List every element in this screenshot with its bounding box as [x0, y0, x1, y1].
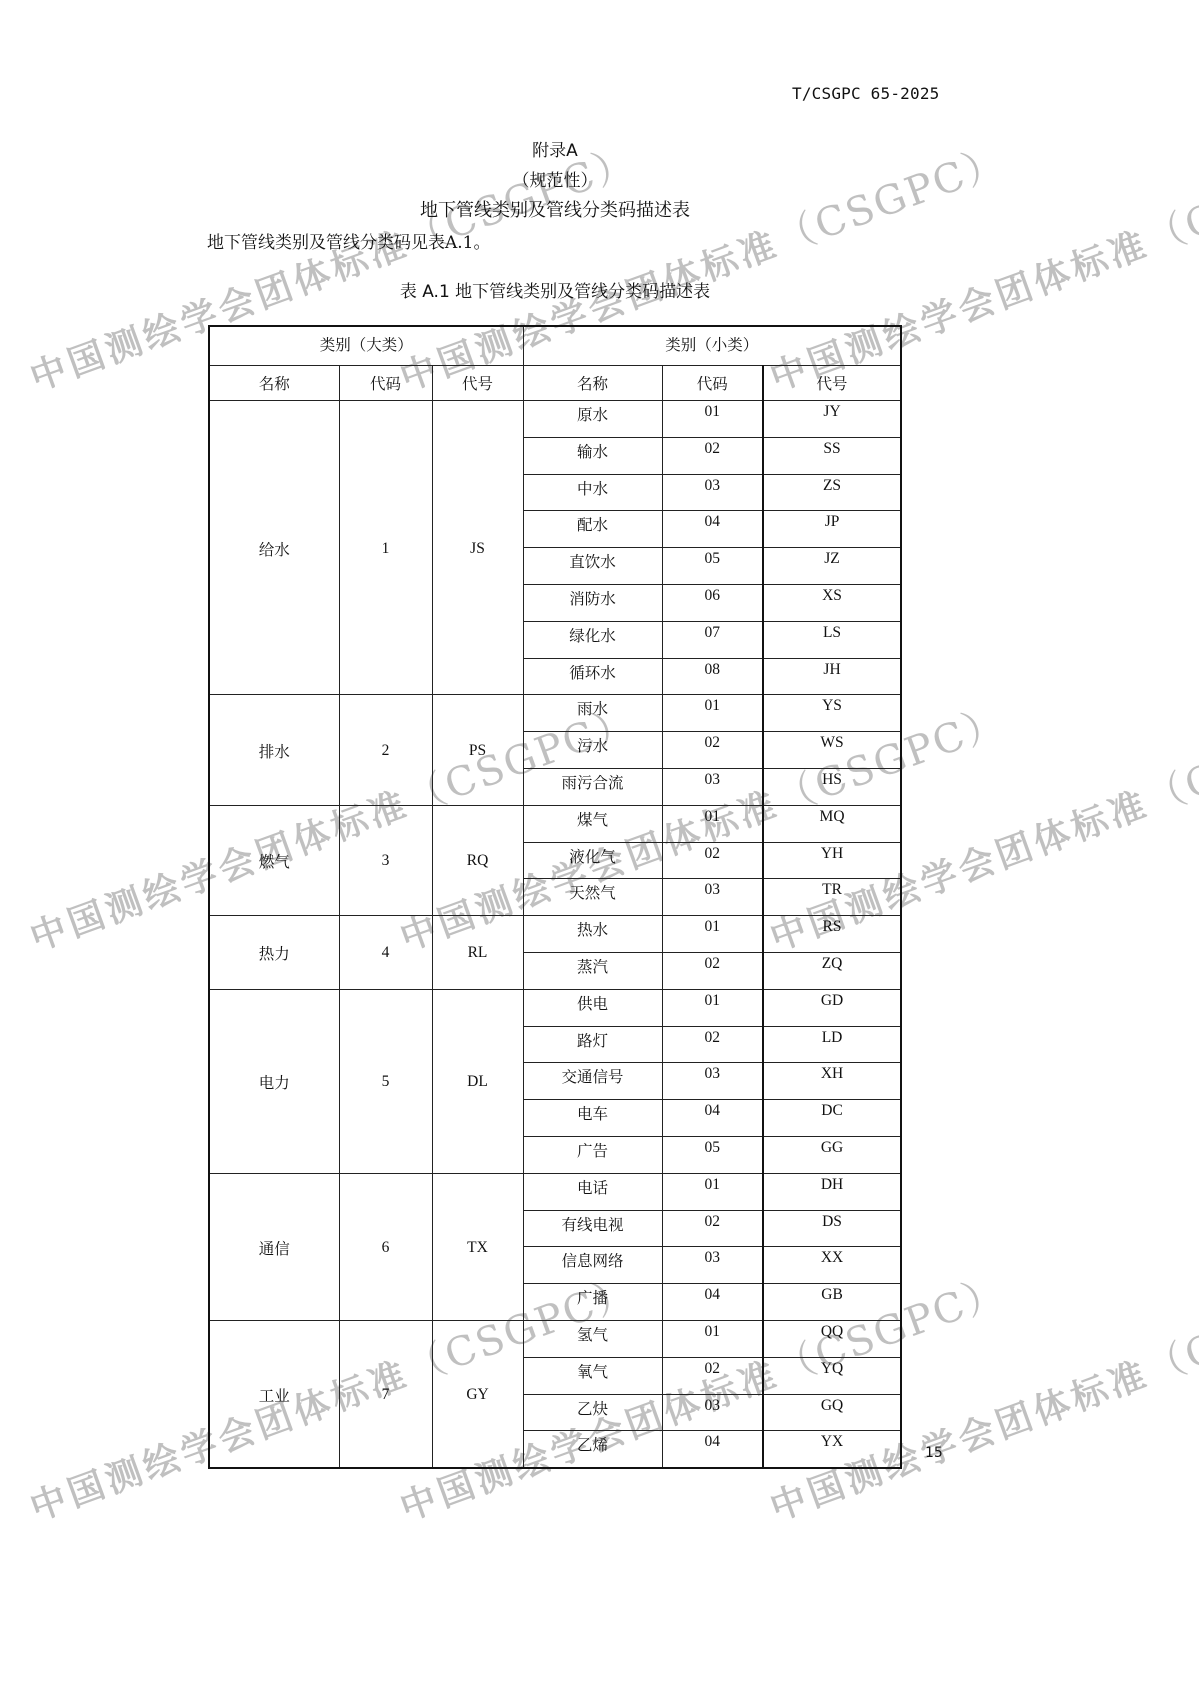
major-category-name: 燃气	[209, 805, 339, 915]
sub-category-name: 输水	[523, 437, 662, 474]
sub-category-abbr: DC	[763, 1100, 901, 1137]
table-caption: 表 A.1 地下管线类别及管线分类码描述表	[0, 277, 1110, 302]
sub-category-name: 热水	[523, 916, 662, 953]
sub-category-abbr: JZ	[763, 548, 901, 585]
sub-category-code: 07	[662, 621, 763, 658]
pipeline-classification-table: 类别（大类） 类别（小类） 名称 代码 代号 名称 代码 代号 给水1JS原水0…	[208, 325, 902, 1469]
sub-category-abbr: GD	[763, 989, 901, 1026]
sub-category-name: 污水	[523, 732, 662, 769]
sub-category-code: 03	[662, 1247, 763, 1284]
major-category-code: 7	[339, 1320, 432, 1468]
sub-category-name: 消防水	[523, 584, 662, 621]
sub-category-code: 01	[662, 695, 763, 732]
intro-paragraph: 地下管线类别及管线分类码见表A.1。	[207, 228, 491, 253]
major-category-abbr: PS	[432, 695, 523, 805]
major-category-abbr: GY	[432, 1320, 523, 1468]
sub-category-name: 广告	[523, 1136, 662, 1173]
major-category-code: 6	[339, 1173, 432, 1320]
page-number: 15	[925, 1445, 943, 1461]
major-category-name: 排水	[209, 695, 339, 805]
major-category-code: 2	[339, 695, 432, 805]
sub-category-name: 有线电视	[523, 1210, 662, 1247]
appendix-label: 附录A	[0, 136, 1110, 161]
table-row: 通信6TX电话01DH	[209, 1173, 901, 1210]
sub-category-code: 03	[662, 1063, 763, 1100]
sub-category-name: 信息网络	[523, 1247, 662, 1284]
major-category-abbr: TX	[432, 1173, 523, 1320]
sub-category-abbr: LS	[763, 621, 901, 658]
sub-category-abbr: TR	[763, 879, 901, 916]
sub-category-abbr: MQ	[763, 805, 901, 842]
sub-category-abbr: YS	[763, 695, 901, 732]
sub-category-abbr: XS	[763, 584, 901, 621]
sub-category-name: 原水	[523, 401, 662, 438]
sub-category-code: 03	[662, 879, 763, 916]
sub-category-abbr: JH	[763, 658, 901, 695]
sub-category-name: 天然气	[523, 879, 662, 916]
sub-category-code: 02	[662, 1026, 763, 1063]
major-category-name: 通信	[209, 1173, 339, 1320]
table-row: 工业7GY氢气01QQ	[209, 1320, 901, 1357]
sub-category-code: 04	[662, 1431, 763, 1468]
sub-category-name: 乙炔	[523, 1394, 662, 1431]
sub-category-code: 04	[662, 1284, 763, 1321]
sub-category-abbr: LD	[763, 1026, 901, 1063]
sub-category-code: 01	[662, 1320, 763, 1357]
sub-category-code: 08	[662, 658, 763, 695]
sub-category-code: 01	[662, 401, 763, 438]
sub-category-name: 电车	[523, 1100, 662, 1137]
sub-category-name: 氧气	[523, 1357, 662, 1394]
sub-category-name: 蒸汽	[523, 952, 662, 989]
column-header: 名称	[209, 366, 339, 401]
major-category-abbr: DL	[432, 989, 523, 1173]
sub-category-abbr: RS	[763, 916, 901, 953]
sub-category-abbr: SS	[763, 437, 901, 474]
watermark-latin: （CSGPC）	[1139, 1267, 1199, 1393]
sub-category-code: 05	[662, 1136, 763, 1173]
sub-category-abbr: JP	[763, 511, 901, 548]
column-header: 代号	[432, 366, 523, 401]
column-header: 代码	[662, 366, 763, 401]
sub-category-code: 05	[662, 548, 763, 585]
group-header-minor: 类别（小类）	[523, 326, 901, 366]
sub-category-abbr: GB	[763, 1284, 901, 1321]
sub-category-code: 02	[662, 732, 763, 769]
sub-category-name: 绿化水	[523, 621, 662, 658]
sub-category-abbr: YX	[763, 1431, 901, 1468]
major-category-name: 给水	[209, 401, 339, 695]
sub-category-name: 氢气	[523, 1320, 662, 1357]
major-category-abbr: RQ	[432, 805, 523, 915]
sub-category-abbr: XX	[763, 1247, 901, 1284]
sub-category-abbr: WS	[763, 732, 901, 769]
sub-category-name: 供电	[523, 989, 662, 1026]
sub-category-abbr: GQ	[763, 1394, 901, 1431]
sub-category-abbr: YQ	[763, 1357, 901, 1394]
sub-category-code: 04	[662, 1100, 763, 1137]
sub-category-code: 03	[662, 768, 763, 805]
sub-category-abbr: ZS	[763, 474, 901, 511]
sub-category-code: 03	[662, 474, 763, 511]
table-row: 给水1JS原水01JY	[209, 401, 901, 438]
sub-category-code: 01	[662, 1173, 763, 1210]
column-header: 代码	[339, 366, 432, 401]
appendix-normative: （规范性）	[0, 166, 1110, 191]
table-row: 热力4RL热水01RS	[209, 916, 901, 953]
sub-category-code: 01	[662, 916, 763, 953]
column-header: 名称	[523, 366, 662, 401]
sub-category-abbr: QQ	[763, 1320, 901, 1357]
sub-category-name: 电话	[523, 1173, 662, 1210]
sub-category-code: 01	[662, 805, 763, 842]
major-category-name: 热力	[209, 916, 339, 990]
major-category-abbr: JS	[432, 401, 523, 695]
sub-category-code: 02	[662, 1357, 763, 1394]
appendix-title: 地下管线类别及管线分类码描述表	[0, 196, 1110, 222]
major-category-code: 5	[339, 989, 432, 1173]
sub-category-abbr: JY	[763, 401, 901, 438]
sub-category-code: 01	[662, 989, 763, 1026]
sub-category-abbr: GG	[763, 1136, 901, 1173]
sub-category-abbr: XH	[763, 1063, 901, 1100]
sub-category-name: 雨污合流	[523, 768, 662, 805]
sub-category-code: 02	[662, 952, 763, 989]
major-category-name: 电力	[209, 989, 339, 1173]
sub-category-code: 04	[662, 511, 763, 548]
sub-category-abbr: DH	[763, 1173, 901, 1210]
major-category-code: 1	[339, 401, 432, 695]
group-header-major: 类别（大类）	[209, 326, 523, 366]
sub-category-abbr: DS	[763, 1210, 901, 1247]
sub-category-name: 乙烯	[523, 1431, 662, 1468]
document-number: T/CSGPC 65-2025	[792, 84, 940, 103]
major-category-code: 4	[339, 916, 432, 990]
watermark-latin: （CSGPC）	[1139, 697, 1199, 823]
sub-category-abbr: HS	[763, 768, 901, 805]
major-category-abbr: RL	[432, 916, 523, 990]
major-category-name: 工业	[209, 1320, 339, 1468]
sub-category-name: 配水	[523, 511, 662, 548]
major-category-code: 3	[339, 805, 432, 915]
sub-category-code: 06	[662, 584, 763, 621]
sub-category-name: 循环水	[523, 658, 662, 695]
table-row: 燃气3RQ煤气01MQ	[209, 805, 901, 842]
sub-category-name: 直饮水	[523, 548, 662, 585]
watermark-latin: （CSGPC）	[1139, 137, 1199, 263]
sub-category-name: 路灯	[523, 1026, 662, 1063]
sub-category-name: 雨水	[523, 695, 662, 732]
sub-category-abbr: ZQ	[763, 952, 901, 989]
column-header: 代号	[763, 366, 901, 401]
sub-category-code: 02	[662, 437, 763, 474]
sub-category-code: 02	[662, 1210, 763, 1247]
sub-category-code: 02	[662, 842, 763, 879]
sub-category-abbr: YH	[763, 842, 901, 879]
sub-category-name: 中水	[523, 474, 662, 511]
sub-category-name: 交通信号	[523, 1063, 662, 1100]
sub-category-name: 煤气	[523, 805, 662, 842]
sub-category-code: 03	[662, 1394, 763, 1431]
table-row: 电力5DL供电01GD	[209, 989, 901, 1026]
sub-category-name: 液化气	[523, 842, 662, 879]
table-row: 排水2PS雨水01YS	[209, 695, 901, 732]
sub-category-name: 广播	[523, 1284, 662, 1321]
